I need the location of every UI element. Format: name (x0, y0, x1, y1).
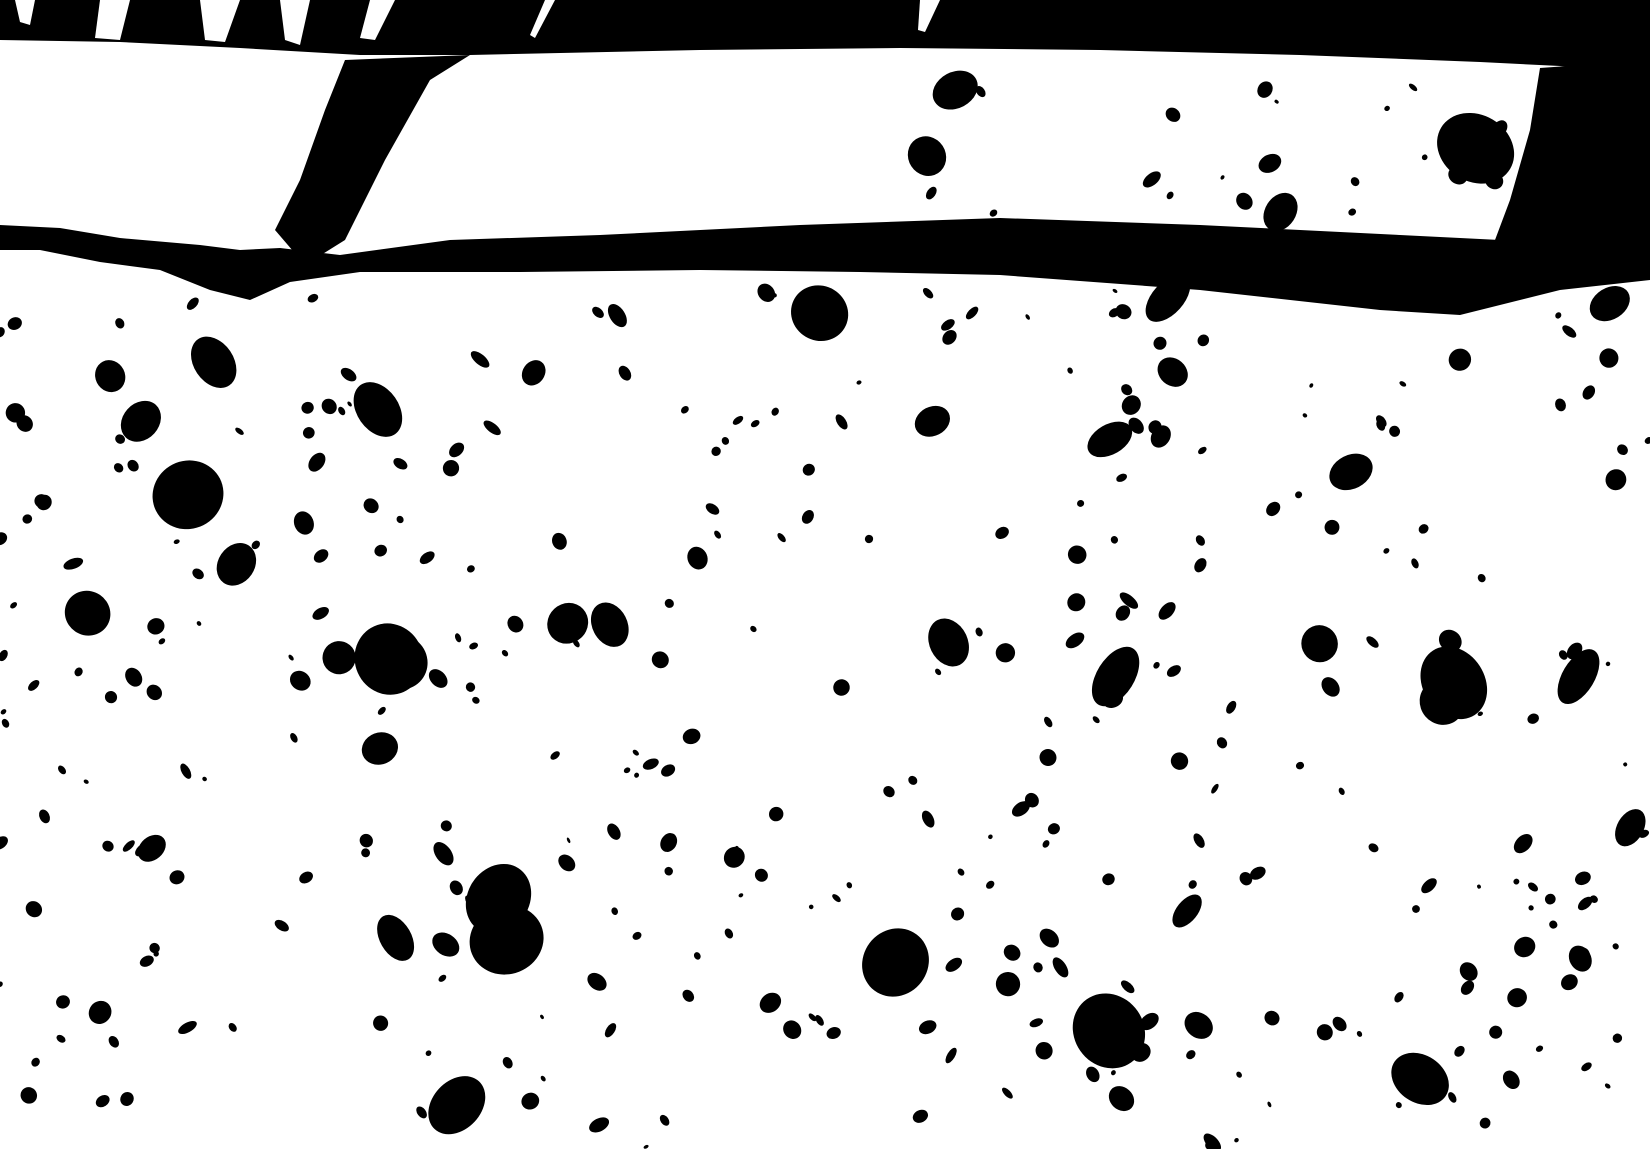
binarized-photo (0, 0, 1650, 1149)
